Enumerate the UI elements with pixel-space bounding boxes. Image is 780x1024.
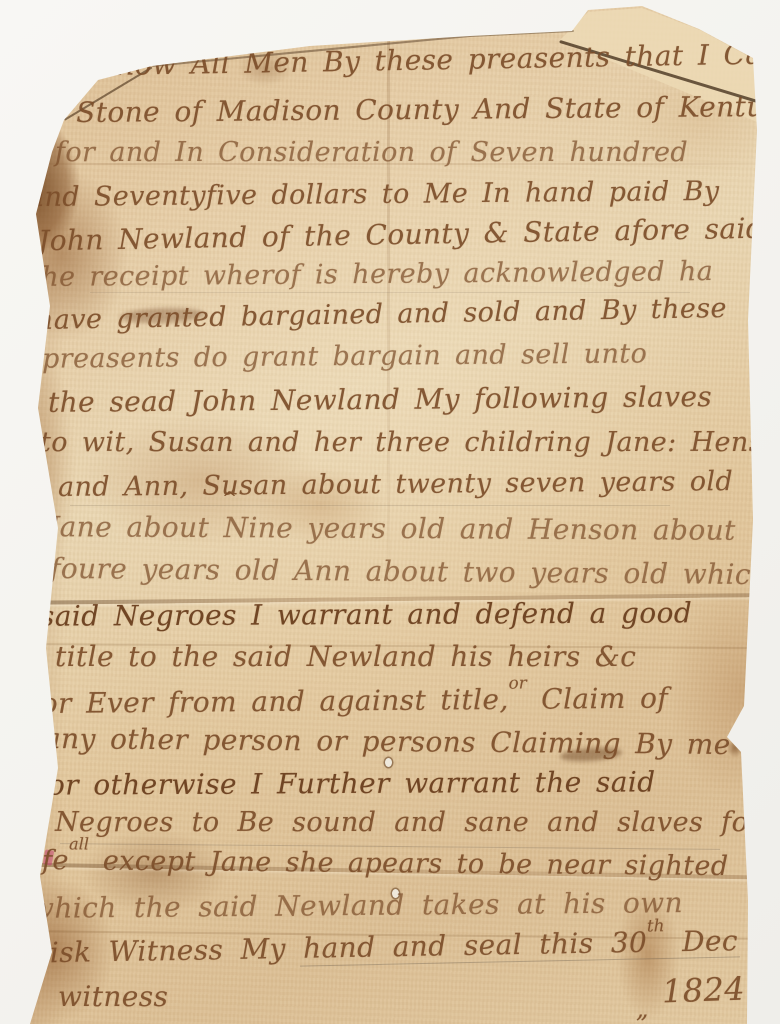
paper-edge-line [0,0,3,950]
handwriting-line: said Negroes I warrant and defend a good [40,598,692,632]
inserted-word: or [508,672,526,692]
ditto-mark: „ [636,996,649,1022]
handwriting-line: and Ann, Susan about twenty seven years … [58,467,733,503]
pencil-guide-line [90,292,690,293]
insertion-caret: ^ [222,488,237,509]
pinhole [385,758,392,767]
handwriting-line: the sead John Newland My following slave… [48,382,712,419]
handwriting-line: or otherwise I Further warrant the said [48,767,656,801]
handwriting-line: and Seventyfive dollars to Me In hand pa… [28,177,720,213]
pencil-guide-line [70,505,670,506]
handwriting-line: = Stone of Madison County And State of K… [38,92,780,130]
handwriting-line: to wit, Susan and her three childring Ja… [40,428,763,458]
handwriting-line: any other person or persons Claiming By … [44,724,731,761]
handwriting-line: Jane about Nine years old and Henson abo… [48,512,736,546]
scanner-background: Know All Men By these preasents that I C… [0,0,780,1024]
inserted-word: all [69,835,89,854]
superscript-ordinal: th [647,915,665,935]
handwriting-line: for and In Consideration of Seven hundre… [55,138,688,168]
date-year: 1824 [661,972,745,1010]
document-paper: Know All Men By these preasents that I C… [0,0,780,1024]
witness-signature-line: witness [58,982,168,1013]
handwriting-line: which the said Newland takes at his own [30,888,683,924]
handwriting-line: the receipt wherof is hereby acknowledge… [30,257,713,293]
handwriting-line: preasents do grant bargain and sell unto [42,339,647,374]
handwriting-line: foure years old Ann about two years old … [50,554,770,591]
handwriting-line: for Ever from and against title,or Claim… [30,682,668,720]
handwriting-line: title to the said Newland his heirs &c [55,642,636,673]
handwriting-line: lifeall except Jane she apears to be nea… [24,845,729,882]
handwriting-line: Negroes to Be sound and sane and slaves … [55,808,762,838]
